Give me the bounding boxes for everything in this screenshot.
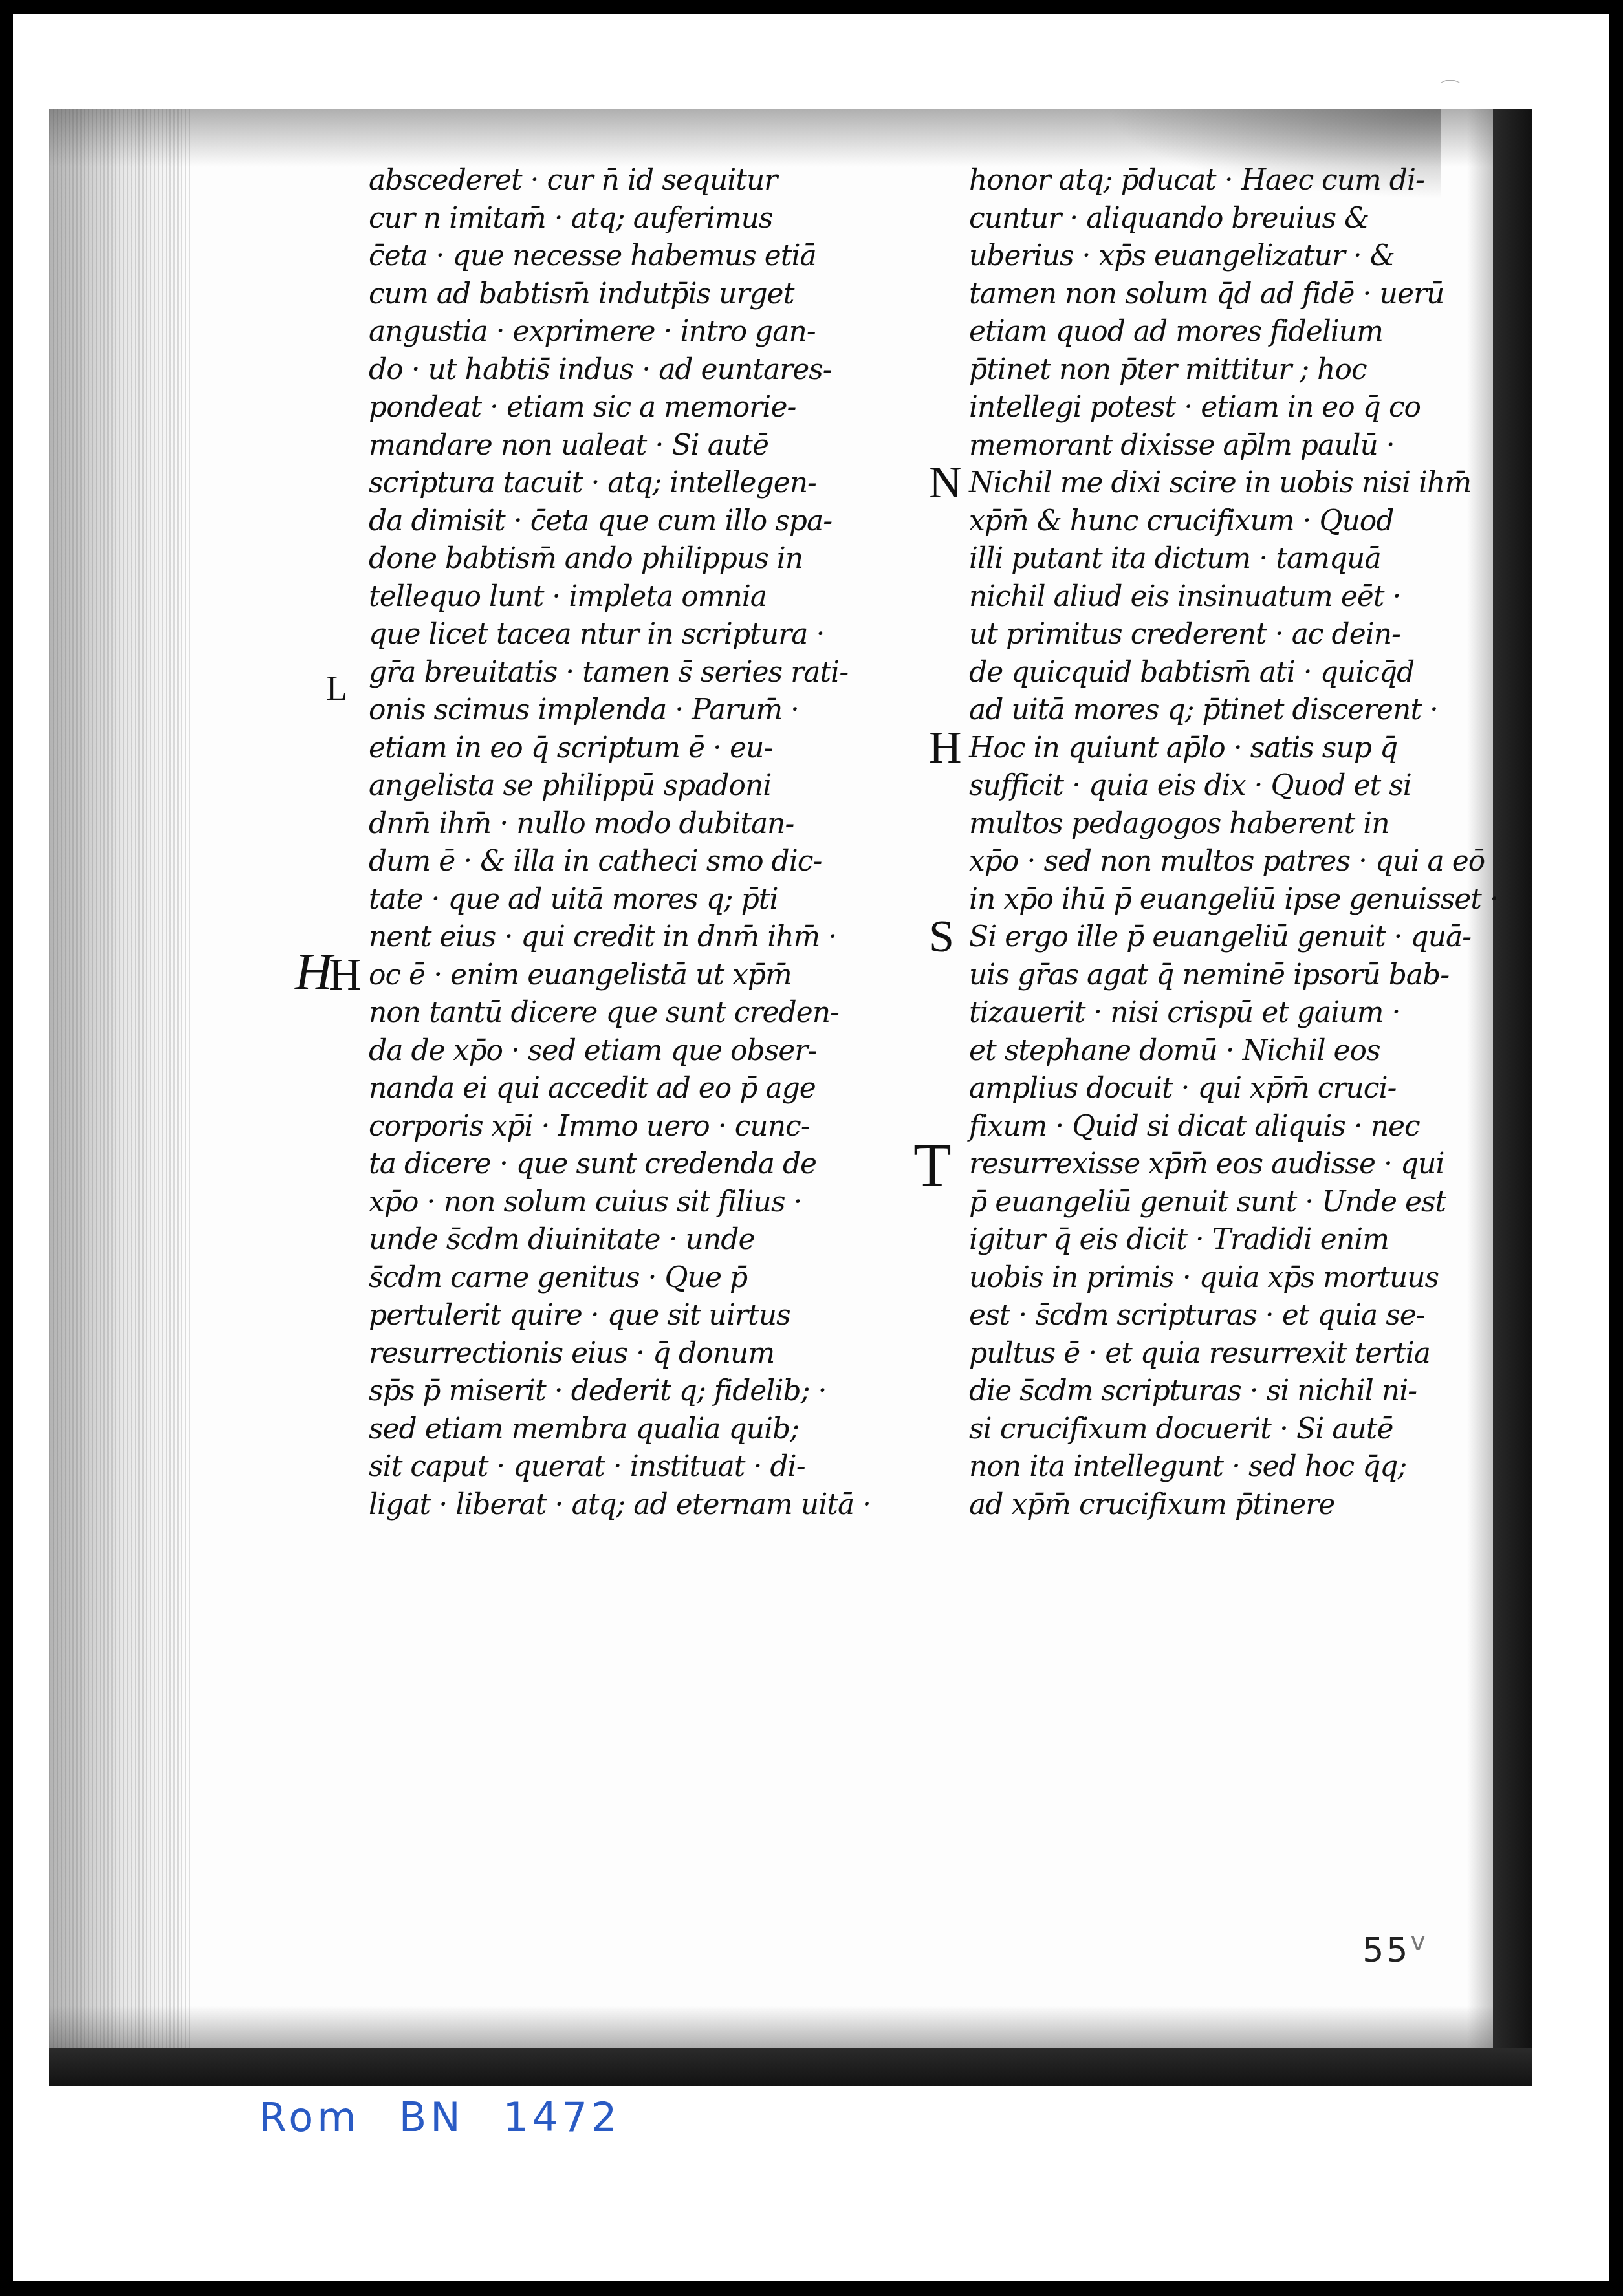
manuscript-line: ad xp̄m̄ crucifixum p̄tinere [969, 1486, 1461, 1524]
text-column-left: abscederet · cur n̄ id sequiturcur n imi… [369, 162, 860, 1524]
manuscript-line: xp̄m̄ & hunc crucifixum · Quod [969, 503, 1461, 541]
manuscript-line: ut primitus crederent · ac dein- [969, 616, 1461, 654]
manuscript-line: p̄tinet non p̄ter mittitur ; hoc [969, 351, 1461, 389]
manuscript-line: sufficit · quia eis dix · Quod et si [969, 767, 1461, 805]
manuscript-line: scriptura tacuit · atq; intellegen- [369, 464, 860, 503]
binding-strip-right [1493, 109, 1532, 2086]
manuscript-line: sed etiam membra qualia quib; [369, 1411, 860, 1449]
manuscript-line: onis scimus implenda · Parum̄ · [369, 691, 860, 730]
manuscript-line: tate · que ad uitā mores q; p̄ti [369, 881, 860, 919]
decorated-initial: H [329, 953, 362, 998]
manuscript-line: done babtism̄ ando philippus in [369, 540, 860, 578]
manuscript-line: fixum · Quid si dicat aliquis · nec [969, 1108, 1461, 1146]
manuscript-line: et stephane domū · Nichil eos [969, 1032, 1461, 1070]
manuscript-line: oc ē · enim euangelistā ut xp̄m̄ [369, 957, 860, 995]
manuscript-line: est · s̄cdm scripturas · et quia se- [969, 1297, 1461, 1335]
manuscript-photo: abscederet · cur n̄ id sequiturcur n imi… [49, 109, 1532, 2086]
manuscript-line: si crucifixum docuerit · Si autē [969, 1411, 1461, 1449]
manuscript-line: resurrexisse xp̄m̄ eos audisse · qui [969, 1145, 1461, 1184]
manuscript-line: tizauerit · nisi crispū et gaium · [969, 994, 1461, 1032]
manuscript-line: da de xp̄o · sed etiam que obser- [369, 1032, 860, 1070]
left-edge-shading [49, 109, 191, 2086]
binding-shadow [1467, 109, 1493, 2086]
manuscript-line: s̄cdm carne genitus · Que p̄ [369, 1259, 860, 1297]
manuscript-line: cuntur · aliquando breuius & [969, 200, 1461, 238]
manuscript-line: dnm̄ ihm̄ · nullo modo dubitan- [369, 805, 860, 843]
manuscript-line: uis gr̄as agat q̄ neminē ipsorū bab- [969, 957, 1461, 995]
bottom-edge-shading [49, 2006, 1532, 2051]
manuscript-line: de quicquid babtism̄ ati · quicq̄d [969, 654, 1461, 692]
manuscript-line: memorant dixisse ap̄lm paulū · [969, 427, 1461, 465]
manuscript-line: cur n imitam̄ · atq; auferimus [369, 200, 860, 238]
manuscript-line: angustia · exprimere · intro gan- [369, 313, 860, 351]
manuscript-line: sp̄s p̄ miserit · dederit q; fidelib; · [369, 1372, 860, 1411]
manuscript-line: Nichil me dixi scire in uobis nisi ihm̄ [969, 464, 1461, 503]
manuscript-line: honor atq; p̄ducat · Haec cum di- [969, 162, 1461, 200]
decorated-initial: H [929, 726, 962, 771]
folio-number: 55v [1362, 1927, 1428, 1970]
manuscript-line: que licet tacea ntur in scriptura · [369, 616, 860, 654]
manuscript-line: p̄ euangeliū genuit sunt · Unde est [969, 1184, 1461, 1222]
manuscript-line: ligat · liberat · atq; ad eternam uitā · [369, 1486, 860, 1524]
manuscript-line: illi putant ita dictum · tamquā [969, 540, 1461, 578]
manuscript-line: pondeat · etiam sic a memorie- [369, 389, 860, 427]
shelfmark-annotation: RomBN1472 [259, 2094, 659, 2141]
manuscript-line: nanda ei qui accedit ad eo p̄ age [369, 1070, 860, 1108]
manuscript-line: Si ergo ille p̄ euangeliū genuit · quā- [969, 918, 1461, 957]
manuscript-line: nichil aliud eis insinuatum eēt · [969, 578, 1461, 616]
manuscript-line: non tantū dicere que sunt creden- [369, 994, 860, 1032]
manuscript-line: uobis in primis · quia xp̄s mortuus [969, 1259, 1461, 1297]
manuscript-line: mandare non ualeat · Si autē [369, 427, 860, 465]
manuscript-line: etiam in eo q̄ scriptum ē · eu- [369, 730, 860, 768]
decorated-initial: S [929, 915, 954, 960]
manuscript-line: nent eius · qui credit in dnm̄ ihm̄ · [369, 918, 860, 957]
manuscript-line: pertulerit quire · que sit uirtus [369, 1297, 860, 1335]
manuscript-line: xp̄o · non solum cuius sit filius · [369, 1184, 860, 1222]
manuscript-line: abscederet · cur n̄ id sequitur [369, 162, 860, 200]
manuscript-line: Hoc in quiunt ap̄lo · satis sup q̄ [969, 730, 1461, 768]
manuscript-line: c̄eta · que necesse habemus etiā [369, 237, 860, 276]
manuscript-line: pultus ē · et quia resurrexit tertia [969, 1335, 1461, 1373]
annotation-collection: BN [399, 2094, 464, 2141]
annotation-shelfmark: 1472 [503, 2094, 621, 2141]
manuscript-line: cum ad babtism̄ indutp̄is urget [369, 276, 860, 314]
manuscript-line: ad uitā mores q; p̄tinet discerent · [969, 691, 1461, 730]
manuscript-line: dum ē · & illa in catheci smo dic- [369, 843, 860, 881]
text-column-right: honor atq; p̄ducat · Haec cum di-cuntur … [969, 162, 1461, 1524]
manuscript-line: in xp̄o ihū p̄ euangeliū ipse genuisset … [969, 881, 1461, 919]
manuscript-line: amplius docuit · qui xp̄m̄ cruci- [969, 1070, 1461, 1108]
folio-verso-mark: v [1410, 1927, 1428, 1956]
corner-pencil-mark: ⌒ [1441, 74, 1460, 102]
manuscript-line: uberius · xp̄s euangelizatur · & [969, 237, 1461, 276]
manuscript-line: tamen non solum q̄d ad fidē · uerū [969, 276, 1461, 314]
manuscript-line: do · ut habtis̄ indus · ad euntares- [369, 351, 860, 389]
manuscript-line: non ita intellegunt · sed hoc q̄q; [969, 1448, 1461, 1486]
binding-strip-bottom [49, 2048, 1532, 2086]
manuscript-line: ta dicere · que sunt credenda de [369, 1145, 860, 1184]
folio-number-value: 55 [1362, 1931, 1410, 1970]
manuscript-line: die s̄cdm scripturas · si nichil ni- [969, 1372, 1461, 1411]
marginal-mark-h: H [295, 943, 332, 1002]
marginal-mark-t: T [913, 1129, 952, 1201]
manuscript-line: sit caput · querat · instituat · di- [369, 1448, 860, 1486]
manuscript-line: resurrectionis eius · q̄ donum [369, 1335, 860, 1373]
manuscript-line: angelista se philippū spadoni [369, 767, 860, 805]
manuscript-line: tellequo lunt · impleta omnia [369, 578, 860, 616]
manuscript-line: da dimisit · c̄eta que cum illo spa- [369, 503, 860, 541]
manuscript-line: etiam quod ad mores fidelium [969, 313, 1461, 351]
decorated-initial: N [929, 460, 962, 506]
manuscript-line: intellegi potest · etiam in eo q̄ co [969, 389, 1461, 427]
marginal-mark-l: L [326, 668, 347, 708]
manuscript-line: unde s̄cdm diuinitate · unde [369, 1221, 860, 1259]
manuscript-line: gr̄a breuitatis · tamen s̄ series rati- [369, 654, 860, 692]
manuscript-line: igitur q̄ eis dicit · Tradidi enim [969, 1221, 1461, 1259]
manuscript-line: corporis xp̄i · Immo uero · cunc- [369, 1108, 860, 1146]
annotation-library: Rom [259, 2094, 360, 2141]
manuscript-line: multos pedagogos haberent in [969, 805, 1461, 843]
manuscript-line: xp̄o · sed non multos patres · qui a eō [969, 843, 1461, 881]
scan-sheet: abscederet · cur n̄ id sequiturcur n imi… [13, 14, 1609, 2281]
